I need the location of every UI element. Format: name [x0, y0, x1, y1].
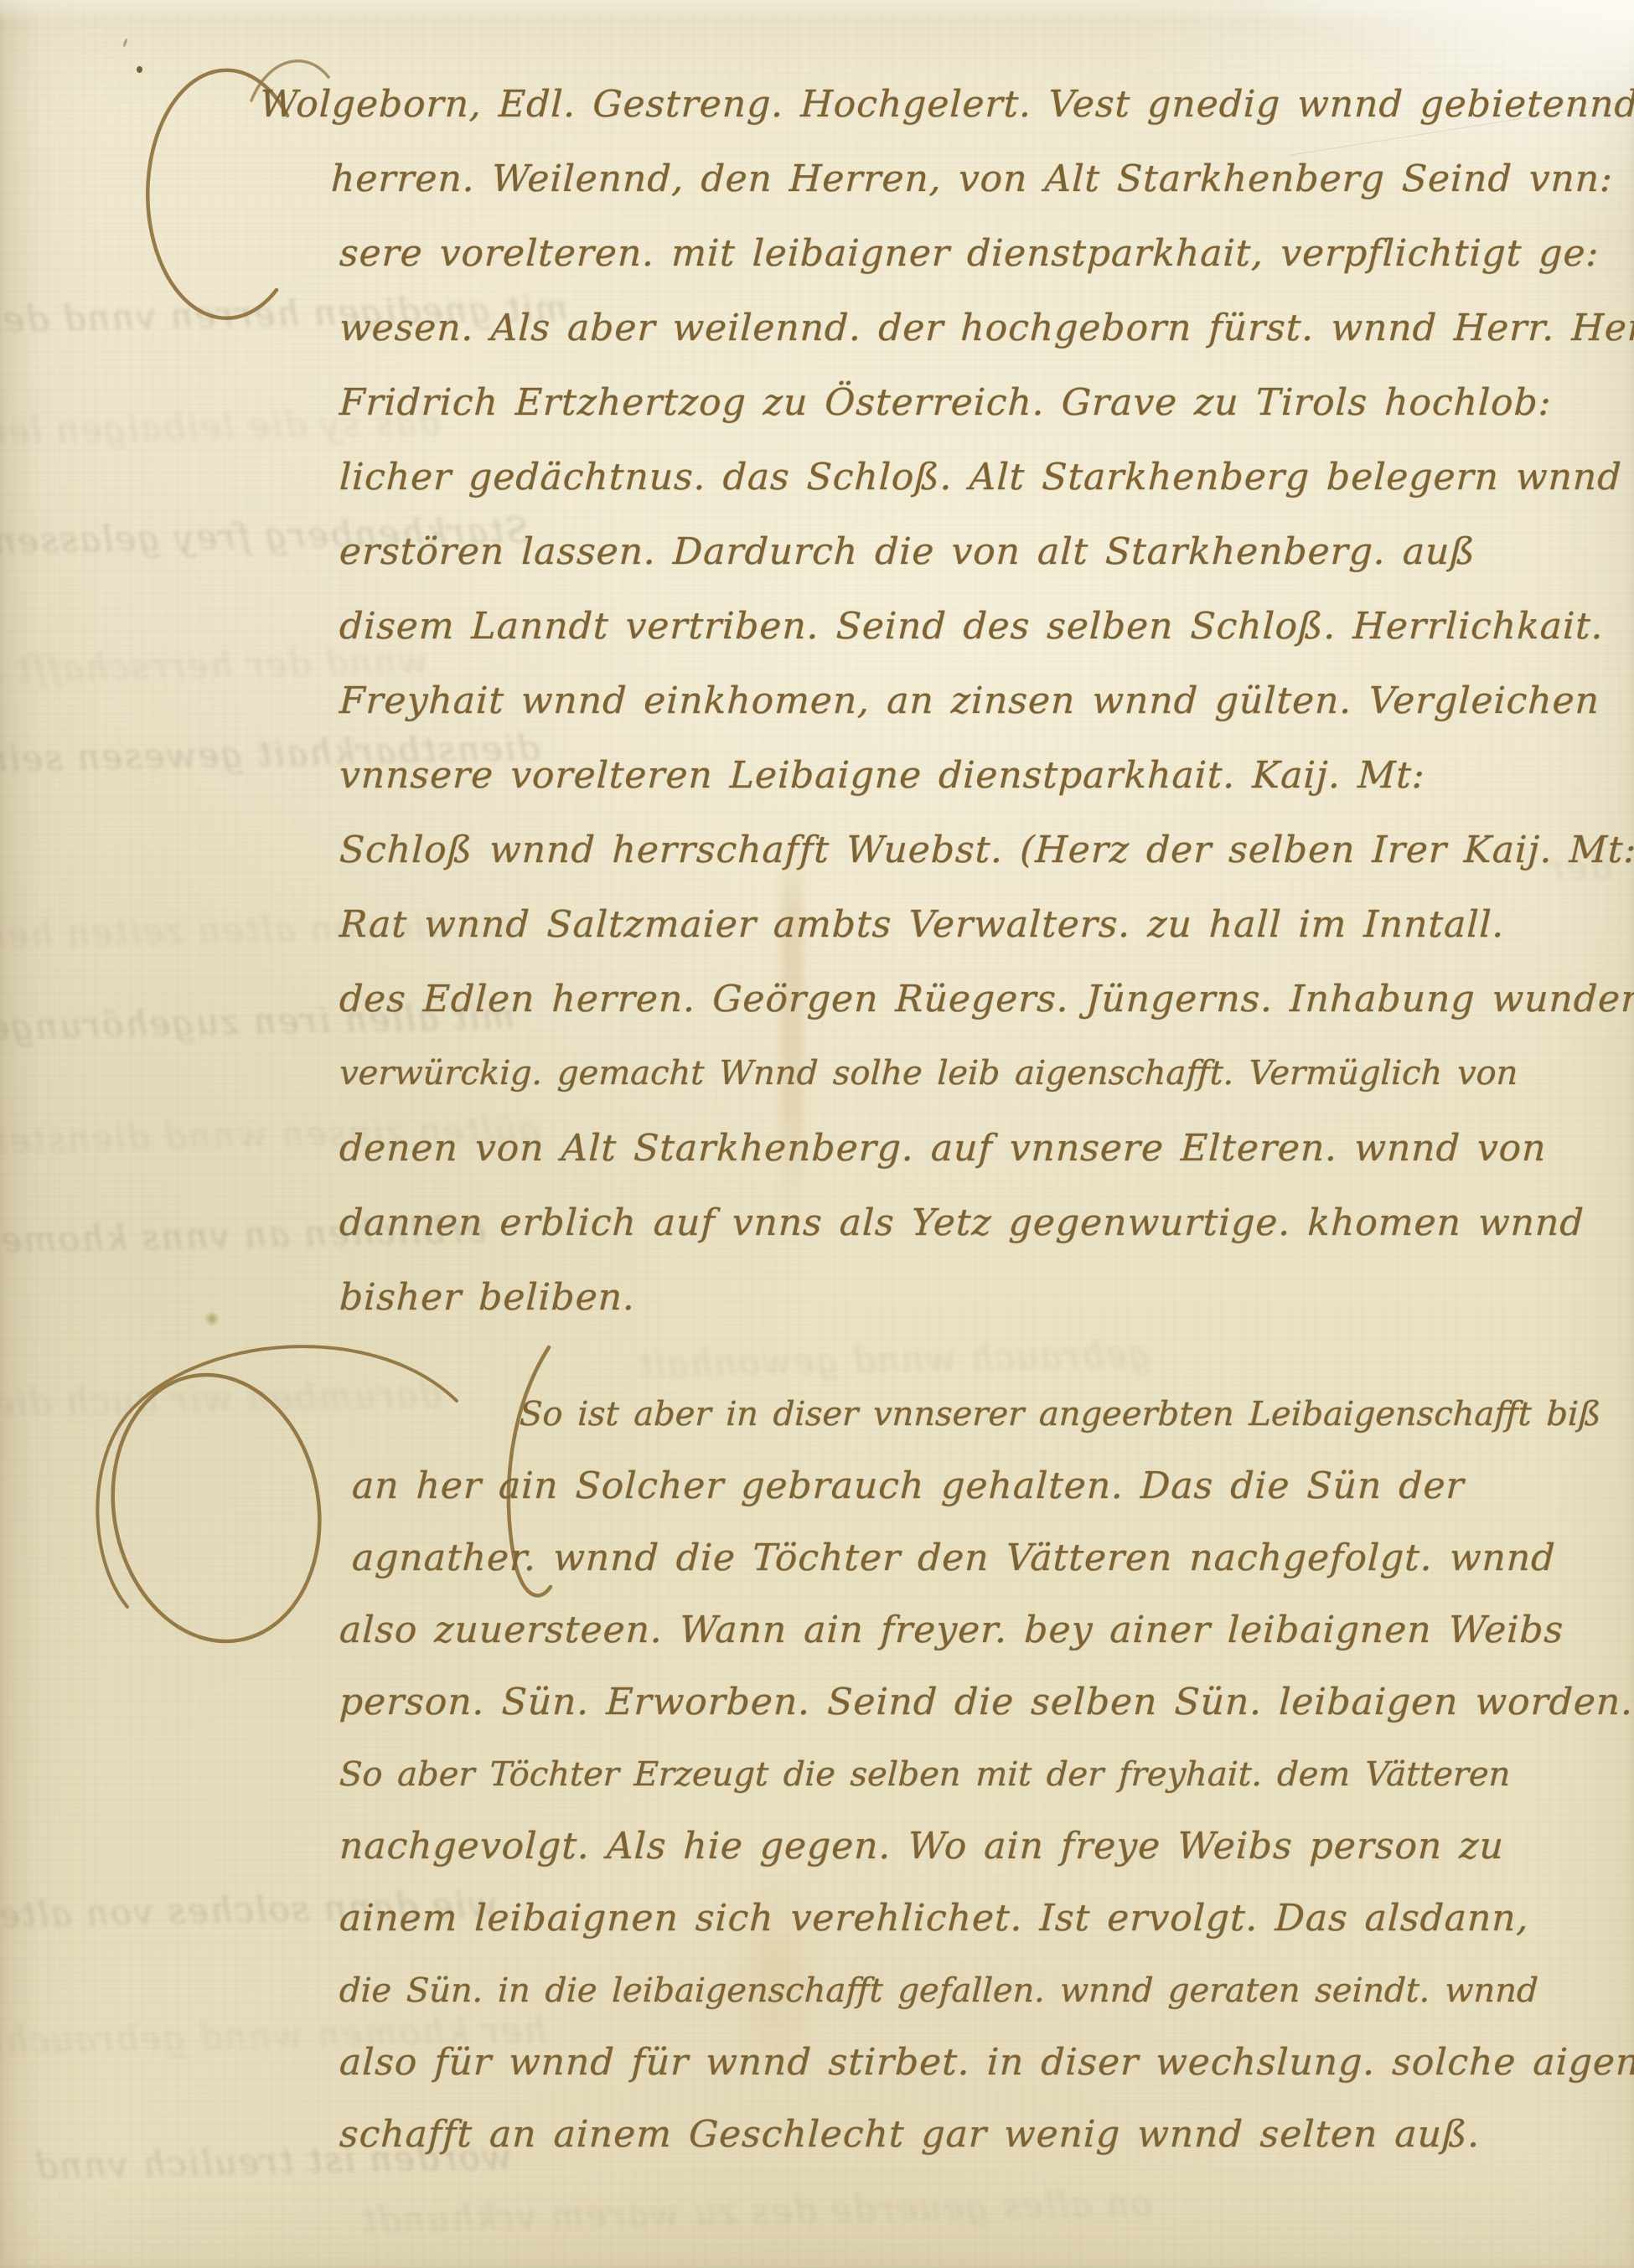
text-line: Schloß wnnd herrschafft Wuebst. (Herz de…: [0, 813, 1634, 887]
text-line: die Sün. in die leibaigenschafft gefalle…: [0, 1955, 1634, 2027]
text-line: sere vorelteren. mit leibaigner dienstpa…: [0, 216, 1634, 291]
text-line: licher gedächtnus. das Schloß. Alt Stark…: [0, 440, 1634, 514]
text-line: erstören lassen. Dardurch die von alt St…: [0, 514, 1634, 589]
text-line: disem Lanndt vertriben. Seind des selben…: [0, 589, 1634, 664]
text-line: nachgevolgt. Als hie gegen. Wo ain freye…: [0, 1811, 1634, 1883]
text-line: ainem leibaignen sich verehlichet. Ist e…: [0, 1883, 1634, 1955]
text-line: Rat wnnd Saltzmaier ambts Verwalters. zu…: [0, 887, 1634, 962]
text-line: Fridrich Ertzhertzog zu Österreich. Grav…: [0, 365, 1634, 440]
text-line: So ist aber in diser vnnserer angeerbten…: [0, 1378, 1634, 1450]
manuscript-text: Wolgeborn, Edl. Gestreng. Hochgelert. Ve…: [0, 0, 1634, 2268]
paragraph-2: So ist aber in diser vnnserer angeerbten…: [0, 1378, 1634, 2171]
text-line: verwürckig. gemacht Wnnd solhe leib aige…: [0, 1036, 1634, 1111]
text-line: Freyhait wnnd einkhomen, an zinsen wnnd …: [0, 664, 1634, 738]
text-line: agnather. wnnd die Töchter den Vätteren …: [0, 1522, 1634, 1594]
text-line: wesen. Als aber weilennd. der hochgeborn…: [0, 291, 1634, 365]
text-line: person. Sün. Erworben. Seind die selben …: [0, 1666, 1634, 1738]
text-line: So aber Töchter Erzeugt die selben mit d…: [0, 1738, 1634, 1811]
text-line: Wolgeborn, Edl. Gestreng. Hochgelert. Ve…: [0, 67, 1634, 142]
text-line: denen von Alt Starkhenberg. auf vnnsere …: [0, 1111, 1634, 1186]
paragraph-1: Wolgeborn, Edl. Gestreng. Hochgelert. Ve…: [0, 67, 1634, 1335]
text-line: herren. Weilennd, den Herren, von Alt St…: [0, 142, 1634, 216]
text-line: also für wnnd für wnnd stirbet. in diser…: [0, 2027, 1634, 2099]
text-line: an her ain Solcher gebrauch gehalten. Da…: [0, 1450, 1634, 1522]
text-line: bisher beliben.: [0, 1260, 1634, 1335]
text-line: dannen erblich auf vnns als Yetz gegenwu…: [0, 1186, 1634, 1260]
text-line: des Edlen herren. Geörgen Rüegers. Jünge…: [0, 962, 1634, 1036]
text-line: schafft an ainem Geschlecht gar wenig wn…: [0, 2099, 1634, 2171]
text-line: vnnsere vorelteren Leibaigne dienstparkh…: [0, 738, 1634, 813]
text-line: also zuuersteen. Wann ain freyer. bey ai…: [0, 1594, 1634, 1666]
manuscript-page: mit gnedigen herren vnnd der das sy die …: [0, 0, 1634, 2268]
